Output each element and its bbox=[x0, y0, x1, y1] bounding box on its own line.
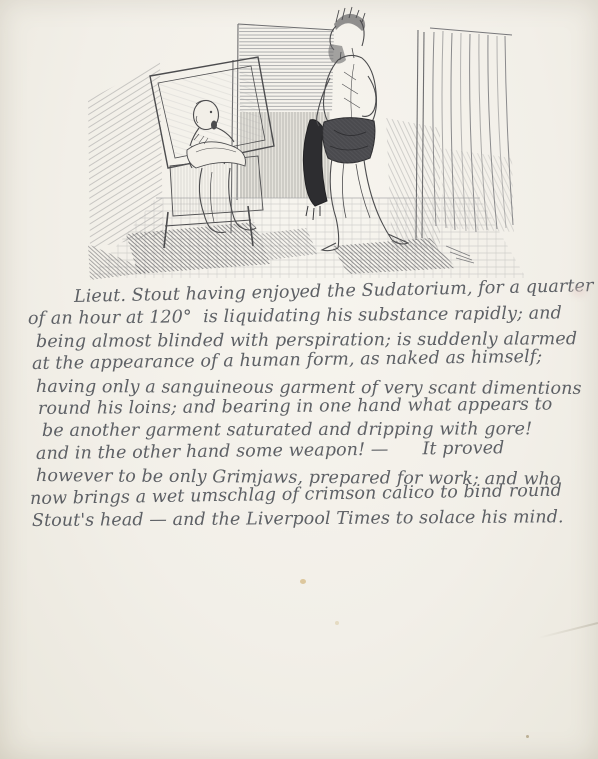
scanned-manuscript-page: Lieut. Stout having enjoyed the Sudatori… bbox=[0, 0, 598, 759]
foxing-spot bbox=[300, 579, 306, 584]
caption-line: of an hour at 120° is liquidating his su… bbox=[28, 303, 588, 331]
caption-line: round his loins; and bearing in one hand… bbox=[38, 393, 588, 420]
foxing-spot bbox=[526, 735, 529, 738]
handwritten-caption: Lieut. Stout having enjoyed the Sudatori… bbox=[28, 286, 588, 532]
foxing-spot bbox=[335, 621, 339, 625]
foxing-spot bbox=[571, 286, 587, 297]
caption-line: Stout's head — and the Liverpool Times t… bbox=[32, 506, 588, 532]
